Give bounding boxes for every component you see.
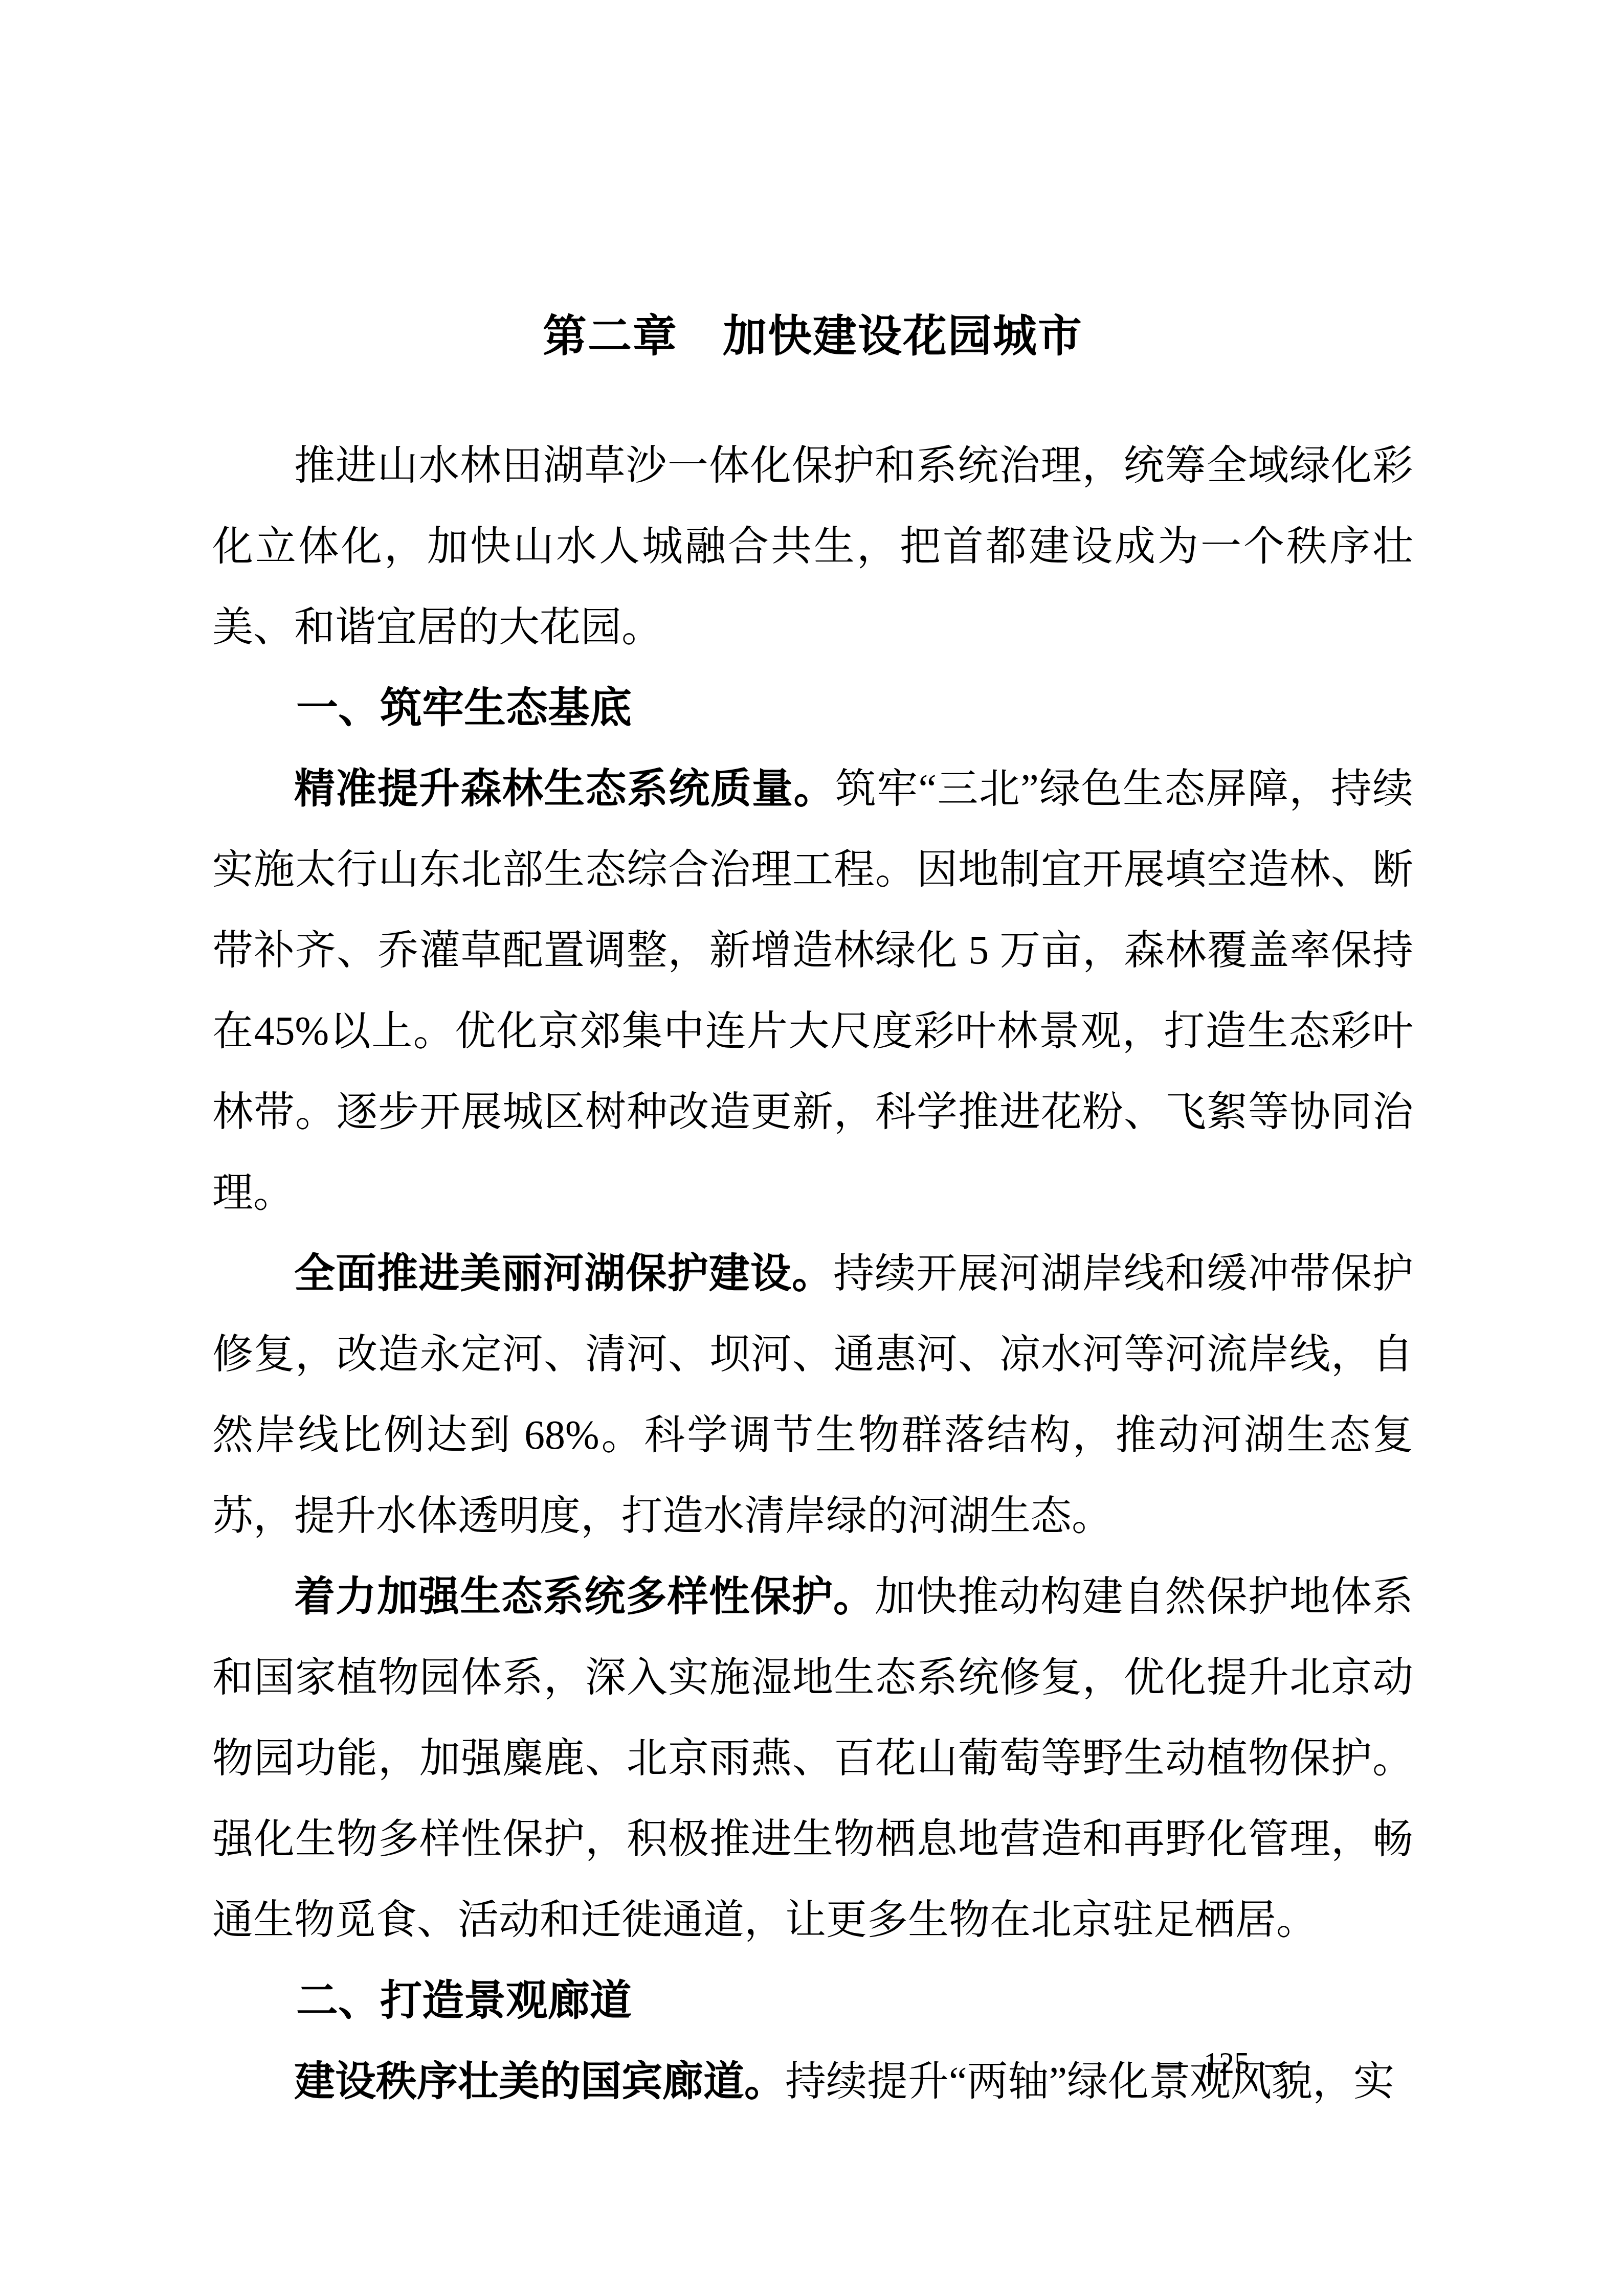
page-number: — 125 — <box>1157 2046 1296 2079</box>
chapter-title: 第二章 加快建设花园城市 <box>212 313 1413 360</box>
paragraph-text: 加快推动构建自然保护地体系和国家植物园体系，深入实施湿地生态系统修复，优化提升北… <box>212 1574 1413 1943</box>
paragraph-lead: 建设秩序壮美的国宾廊道。 <box>294 2059 785 2104</box>
paragraph: 精准提升森林生态系统质量。筑牢“三北”绿色生态屏障，持续实施太行山东北部生态综合… <box>212 749 1413 1233</box>
paragraph-lead: 着力加强生态系统多样性保护。 <box>294 1574 875 1619</box>
paragraph-lead: 精准提升森林生态系统质量。 <box>294 767 835 812</box>
section-heading-1: 一、筑牢生态基底 <box>212 668 1413 749</box>
paragraph-text: 筑牢“三北”绿色生态屏障，持续实施太行山东北部生态综合治理工程。因地制宜开展填空… <box>212 767 1413 1215</box>
paragraph-text: 持续提升“两轴”绿化景观风貌，实 <box>785 2059 1394 2104</box>
intro-paragraph: 推进山水林田湖草沙一体化保护和系统治理，统筹全域绿化彩化立体化，加快山水人城融合… <box>212 425 1413 668</box>
paragraph: 着力加强生态系统多样性保护。加快推动构建自然保护地体系和国家植物园体系，深入实施… <box>212 1557 1413 1961</box>
paragraph-lead: 全面推进美丽河湖保护建设。 <box>294 1251 833 1296</box>
page-body: 第二章 加快建设花园城市 推进山水林田湖草沙一体化保护和系统治理，统筹全域绿化彩… <box>212 0 1413 2122</box>
document-page: { "page": { "background": "#ffffff", "te… <box>0 0 1624 2296</box>
document-content: 推进山水林田湖草沙一体化保护和系统治理，统筹全域绿化彩化立体化，加快山水人城融合… <box>212 425 1413 2122</box>
section-heading-2: 二、打造景观廊道 <box>212 1961 1413 2041</box>
paragraph-text: 推进山水林田湖草沙一体化保护和系统治理，统筹全域绿化彩化立体化，加快山水人城融合… <box>212 443 1413 650</box>
paragraph: 全面推进美丽河湖保护建设。持续开展河湖岸线和缓冲带保护修复，改造永定河、清河、坝… <box>212 1233 1413 1557</box>
